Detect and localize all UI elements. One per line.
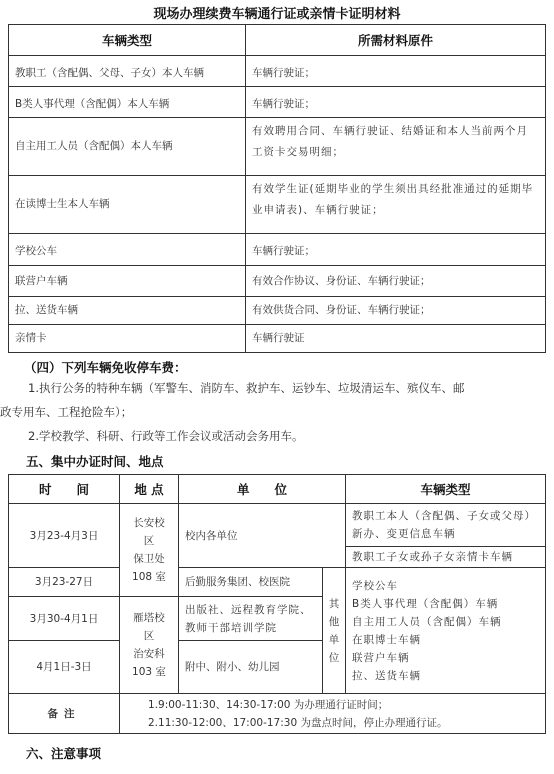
unit-cell: 附中、附小、幼儿园	[179, 641, 323, 694]
section4-item1-line1: 1.执行公务的特种车辆（军警车、消防车、救护车、运钞车、垃圾清运车、殡仪车、邮	[28, 378, 464, 399]
vehicle-cell: 教职工本人（含配偶、子女或父母）新办、变更信息车辆	[346, 504, 546, 547]
materials-cell: 车辆行驶证	[246, 325, 546, 353]
section4-heading: （四）下列车辆免收停车费：	[24, 358, 187, 376]
table-row: 3月23-27日 后勤服务集团、校医院 其 他 单 位 学校公车 B类人事代理（…	[9, 568, 546, 597]
section5-heading: 五、集中办证时间、地点	[26, 452, 164, 470]
materials-cell: 车辆行驶证；	[246, 87, 546, 118]
table-row: 在读博士生本人车辆 有效学生证(延期毕业的学生须出具经批准通过的延期毕业申请表)…	[9, 176, 546, 234]
materials-cell: 有效聘用合同、车辆行驶证、结婚证和本人当前两个月工资卡交易明细；	[246, 118, 546, 176]
header-vehicle-type: 车辆类型	[9, 25, 246, 56]
document-title: 现场办理续费车辆通行证或亲情卡证明材料	[0, 3, 554, 22]
unit-cell: 出版社、远程教育学院、教师干部培训学院	[179, 597, 323, 641]
other-units-label: 其 他 单 位	[323, 568, 346, 694]
time-cell: 4月1日-3日	[9, 641, 120, 694]
header-place: 地 点	[120, 475, 179, 504]
table-row: 亲情卡 车辆行驶证	[9, 325, 546, 353]
schedule-header-row: 时 间 地 点 单 位 车辆类型	[9, 475, 546, 504]
materials-header-row: 车辆类型 所需材料原件	[9, 25, 546, 56]
time-cell: 3月30-4月1日	[9, 597, 120, 641]
time-cell: 3月23-27日	[9, 568, 120, 597]
table-row: 学校公车 车辆行驶证；	[9, 234, 546, 266]
table-row: 自主用工人员（含配偶）本人车辆 有效聘用合同、车辆行驶证、结婚证和本人当前两个月…	[9, 118, 546, 176]
vehicle-type-cell: 自主用工人员（含配偶）本人车辆	[9, 118, 246, 176]
schedule-table: 时 间 地 点 单 位 车辆类型 3月23-4月3日 长安校 区 保卫处 108…	[8, 474, 546, 734]
vehicle-type-cell: 学校公车	[9, 234, 246, 266]
notes-cell: 1.9:00-11:30、14:30-17:00 为办理通行证时间； 2.11:…	[120, 694, 546, 734]
table-row: 联营户车辆 有效合作协议、身份证、车辆行驶证；	[9, 266, 546, 297]
header-time: 时 间	[9, 475, 120, 504]
vehicle-type-cell: 在读博士生本人车辆	[9, 176, 246, 234]
vehicle-type-cell: B类人事代理（含配偶）本人车辆	[9, 87, 246, 118]
note-1: 1.9:00-11:30、14:30-17:00 为办理通行证时间；	[148, 696, 539, 714]
place-changan: 长安校 区 保卫处 108 室	[120, 504, 179, 597]
unit-cell: 后勤服务集团、校医院	[179, 568, 323, 597]
note-2: 2.11:30-12:00、17:00-17:30 为盘点时间，停止办理通行证。	[148, 714, 539, 732]
materials-cell: 有效学生证(延期毕业的学生须出具经批准通过的延期毕业申请表)、车辆行驶证；	[246, 176, 546, 234]
header-unit: 单 位	[179, 475, 346, 504]
materials-table: 车辆类型 所需材料原件 教职工（含配偶、父母、子女）本人车辆 车辆行驶证； B类…	[8, 24, 546, 353]
vehicle-type-cell: 亲情卡	[9, 325, 246, 353]
time-cell: 3月23-4月3日	[9, 504, 120, 568]
section4-item1-line2: 政专用车、工程抢险车）；	[0, 402, 132, 423]
place-yanta: 雁塔校 区 治安科 103 室	[120, 597, 179, 694]
section4-item2: 2.学校教学、科研、行政等工作会议或活动会务用车。	[28, 426, 303, 447]
materials-cell: 车辆行驶证；	[246, 56, 546, 87]
vehicle-type-cell: 联营户车辆	[9, 266, 246, 297]
header-materials: 所需材料原件	[246, 25, 546, 56]
section6-heading: 六、注意事项	[26, 744, 101, 762]
table-row: 3月23-4月3日 长安校 区 保卫处 108 室 校内各单位 教职工本人（含配…	[9, 504, 546, 547]
table-row: 拉、送货车辆 有效供货合同、身份证、车辆行驶证；	[9, 297, 546, 325]
notes-label: 备注	[9, 694, 120, 734]
vehicle-cell: 教职工子女或孙子女亲情卡车辆	[346, 547, 546, 568]
table-row: B类人事代理（含配偶）本人车辆 车辆行驶证；	[9, 87, 546, 118]
materials-cell: 车辆行驶证；	[246, 234, 546, 266]
notes-row: 备注 1.9:00-11:30、14:30-17:00 为办理通行证时间； 2.…	[9, 694, 546, 734]
table-row: 教职工（含配偶、父母、子女）本人车辆 车辆行驶证；	[9, 56, 546, 87]
materials-cell: 有效合作协议、身份证、车辆行驶证；	[246, 266, 546, 297]
vehicle-type-cell: 拉、送货车辆	[9, 297, 246, 325]
materials-cell: 有效供货合同、身份证、车辆行驶证；	[246, 297, 546, 325]
unit-cell: 校内各单位	[179, 504, 346, 568]
vehicle-type-cell: 教职工（含配偶、父母、子女）本人车辆	[9, 56, 246, 87]
other-vehicles-cell: 学校公车 B类人事代理（含配偶）车辆 自主用工人员（含配偶）车辆 在职博士车辆 …	[346, 568, 546, 694]
header-vehicle-type: 车辆类型	[346, 475, 546, 504]
